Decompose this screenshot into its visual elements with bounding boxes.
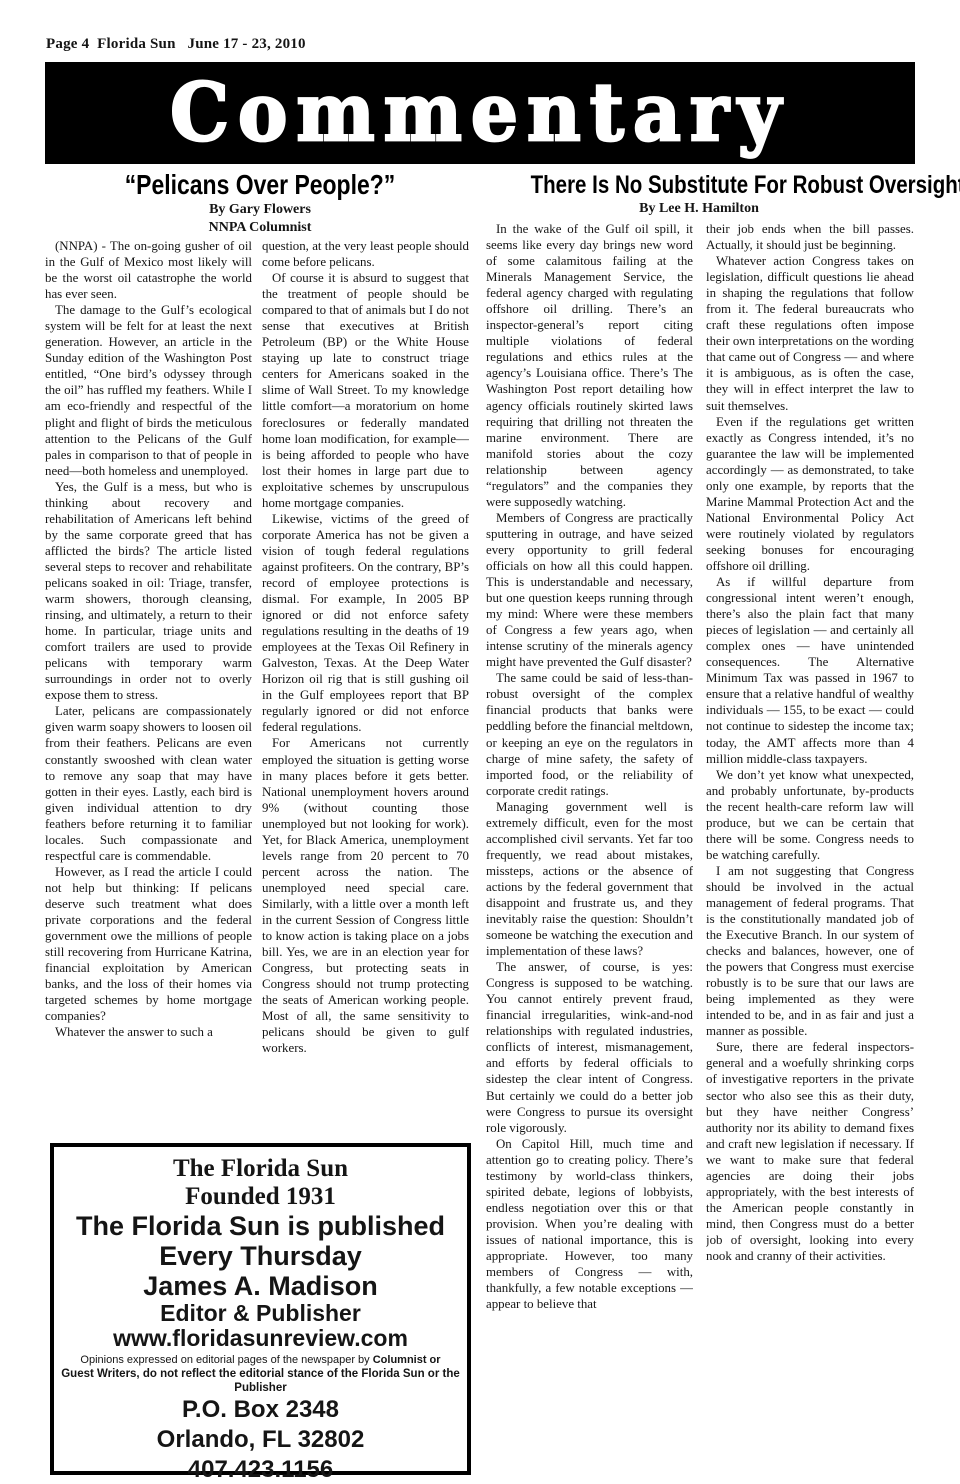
right-article-title: There Is No Substitute For Robust Oversi… — [531, 172, 960, 199]
paragraph: However, as I read the article I could n… — [45, 864, 252, 1024]
newspaper-page: { "page": { "masthead": "Page 4 Florida … — [0, 0, 960, 1484]
right-article-column-2: their job ends when the bill passes. Act… — [706, 221, 914, 1471]
paragraph: In the wake of the Gulf oil spill, it se… — [486, 221, 693, 510]
paragraph: Managing government well is extremely di… — [486, 799, 693, 959]
disclaimer-line-2: Guest Writers, do not reflect the editor… — [54, 1367, 467, 1395]
masthead-line: Page 4 Florida Sun June 17 - 23, 2010 — [46, 36, 306, 53]
right-article-column-1: In the wake of the Gulf oil spill, it se… — [486, 221, 693, 1471]
paragraph: Whatever the answer to such a — [45, 1024, 252, 1040]
paragraph: Likewise, victims of the greed of corpor… — [262, 511, 469, 736]
paragraph: As if willful departure from congression… — [706, 574, 914, 767]
commentary-banner: Commentary — [45, 62, 915, 164]
left-article-byline2: NNPA Columnist — [209, 220, 312, 235]
commentary-banner-title: Commentary — [170, 67, 790, 160]
po-box: P.O. Box 2348 — [54, 1395, 467, 1425]
published-line-1: The Florida Sun is published — [54, 1211, 467, 1241]
paragraph: Yes, the Gulf is a mess, but who is thin… — [45, 479, 252, 704]
paragraph: The same could be said of less-than-robu… — [486, 670, 693, 798]
left-article-header: “Pelicans Over People?” By Gary Flowers … — [45, 170, 475, 236]
left-article-title: “Pelicans Over People?” — [125, 170, 396, 200]
phone-number: 407.423.1156 — [54, 1455, 467, 1484]
paragraph: On Capitol Hill, much time and attention… — [486, 1136, 693, 1313]
left-article-byline: By Gary Flowers — [209, 202, 311, 217]
published-line-2: Every Thursday — [54, 1241, 467, 1271]
left-article-column-2: question, at the very least people shoul… — [262, 238, 469, 1138]
paragraph: The answer, of course, is yes: Congress … — [486, 959, 693, 1136]
paragraph: We don’t yet know what unexpected, and p… — [706, 767, 914, 863]
paragraph: question, at the very least people shoul… — [262, 238, 469, 270]
disclaimer-line-1: Opinions expressed on editorial pages of… — [54, 1354, 467, 1367]
left-article-column-1: (NNPA) - The on-going gusher of oil in t… — [45, 238, 252, 1138]
disclaimer-normal: Opinions expressed on editorial pages of… — [80, 1354, 372, 1366]
paragraph: Members of Congress are practically sput… — [486, 510, 693, 670]
publisher-name: James A. Madison — [54, 1271, 467, 1301]
paper-name: The Florida Sun — [54, 1155, 467, 1183]
right-article-header: There Is No Substitute For Robust Oversi… — [483, 172, 915, 217]
paper-founded: Founded 1931 — [54, 1183, 467, 1211]
paragraph: The damage to the Gulf’s ecological syst… — [45, 302, 252, 479]
city-state-zip: Orlando, FL 32802 — [54, 1425, 467, 1455]
paragraph: Whatever action Congress takes on legisl… — [706, 253, 914, 413]
paragraph: (NNPA) - The on-going gusher of oil in t… — [45, 238, 252, 302]
paragraph: Of course it is absurd to suggest that t… — [262, 270, 469, 511]
paragraph: Even if the regulations get written exac… — [706, 414, 914, 574]
paragraph: Sure, there are federal inspectors-gener… — [706, 1039, 914, 1264]
paragraph: Later, pelicans are compassionately give… — [45, 703, 252, 863]
paragraph: For Americans not currently employed the… — [262, 735, 469, 1056]
publisher-info-box: The Florida Sun Founded 1931 The Florida… — [50, 1143, 471, 1475]
website-text: www.floridasunreview.com — [54, 1326, 467, 1351]
publisher-title: Editor & Publisher — [54, 1301, 467, 1326]
paragraph: their job ends when the bill passes. Act… — [706, 221, 914, 253]
right-article-byline: By Lee H. Hamilton — [639, 201, 759, 216]
paragraph: I am not suggesting that Congress should… — [706, 863, 914, 1040]
disclaimer-bold: Columnist or — [373, 1354, 441, 1366]
